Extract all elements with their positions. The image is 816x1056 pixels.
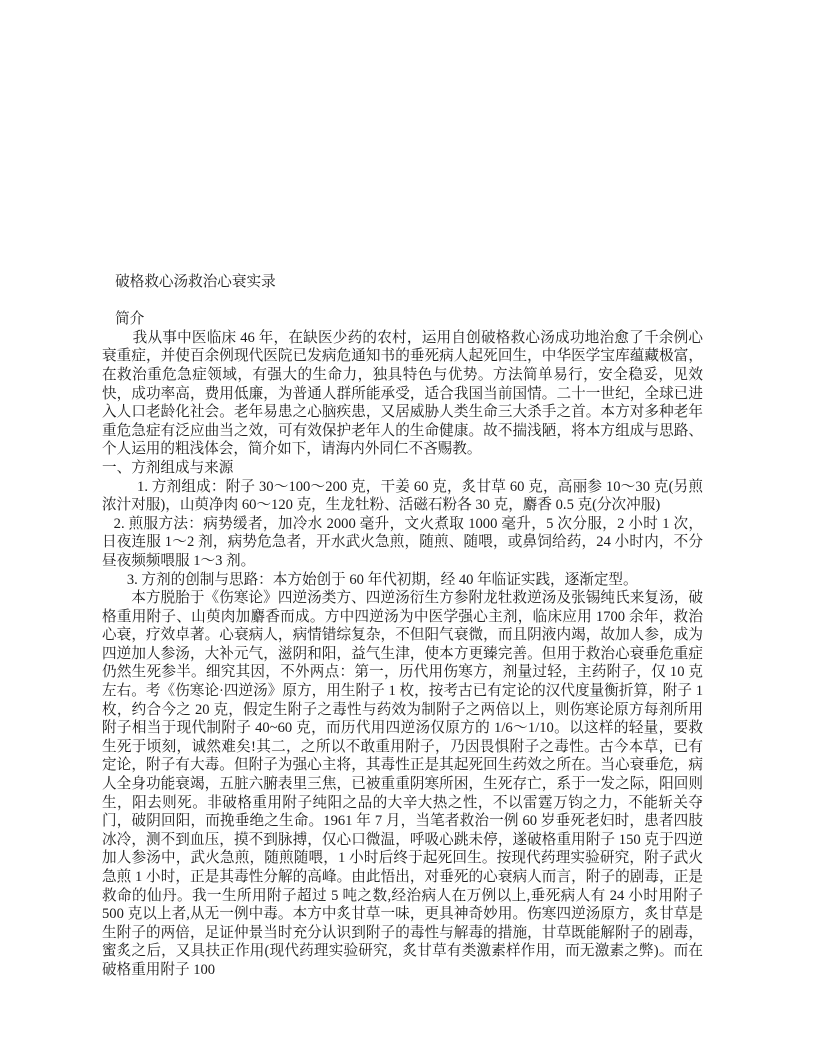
paragraph-formula-creation: 3. 方剂的创制与思路：本方始创于 60 年代初期，经 40 年临证实践，逐渐定… bbox=[102, 571, 703, 590]
section-heading-composition-and-source: 一、方剂组成与来源 bbox=[102, 459, 703, 478]
paragraph-formula-origin-discussion: 本方脱胎于《伤寒论》四逆汤类方、四逆汤衍生方参附龙牡救逆汤及张锡纯氏来复汤，破格… bbox=[102, 589, 703, 979]
document-page: 破格救心汤救治心衰实录 简介 我从事中医临床 46 年，在缺医少药的农村，运用自… bbox=[0, 0, 816, 1056]
paragraph-decoction-method: 2. 煎服方法：病势缓者，加冷水 2000 毫升，文火煮取 1000 毫升，5 … bbox=[102, 515, 703, 571]
intro-heading: 简介 bbox=[102, 310, 703, 329]
document-title: 破格救心汤救治心衰实录 bbox=[102, 273, 703, 292]
intro-paragraph: 我从事中医临床 46 年，在缺医少药的农村，运用自创破格救心汤成功地治愈了千余例… bbox=[102, 329, 703, 459]
paragraph-formula-composition: 1. 方剂组成：附子 30～100～200 克，干姜 60 克，炙甘草 60 克… bbox=[102, 478, 703, 515]
document-content: 破格救心汤救治心衰实录 简介 我从事中医临床 46 年，在缺医少药的农村，运用自… bbox=[102, 273, 703, 980]
